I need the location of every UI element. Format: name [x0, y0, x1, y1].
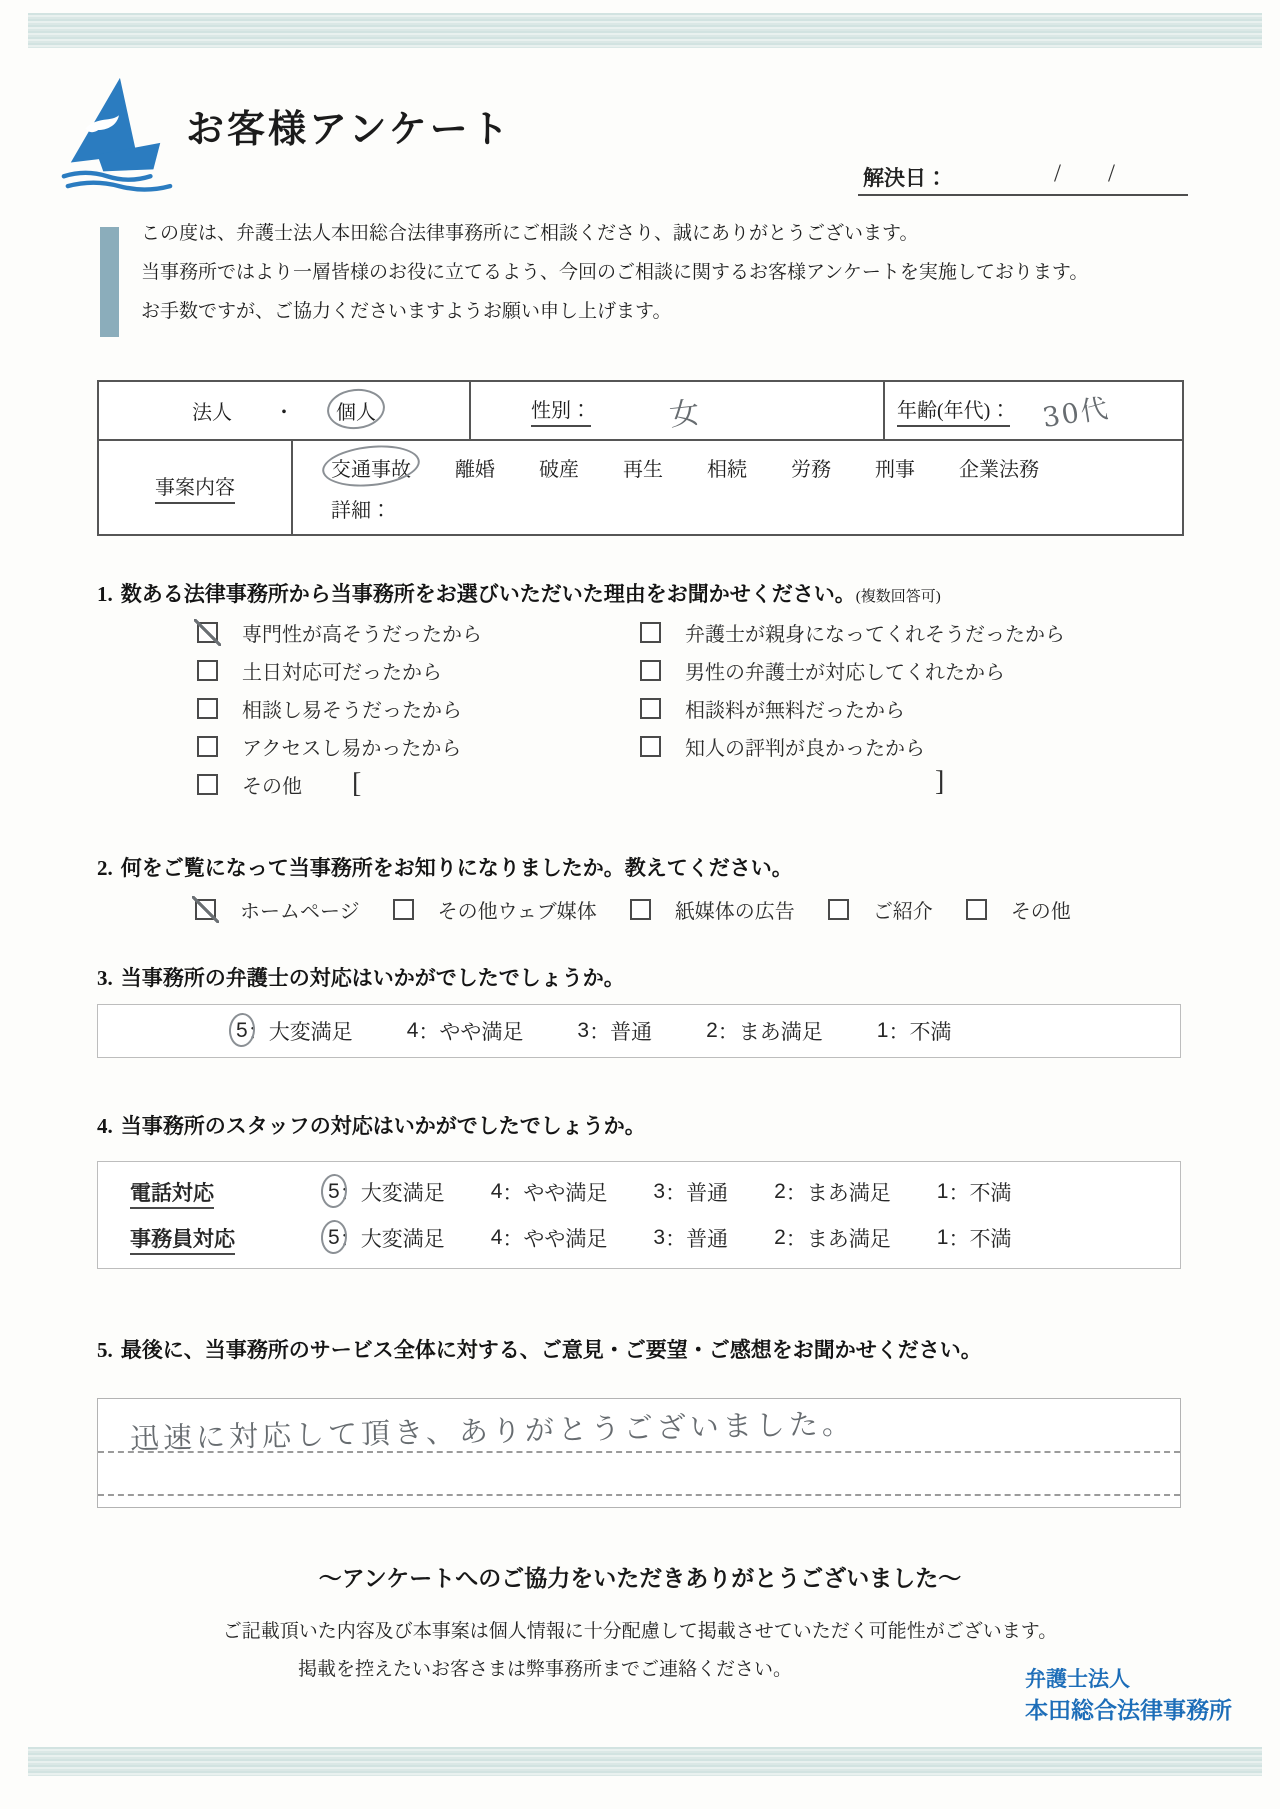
scale-label: やや満足 [523, 1223, 607, 1253]
scale-item: 3：普通 [577, 1016, 652, 1046]
scale-colon: ： [786, 1223, 807, 1253]
profile-table: 法人 ・ 個人 性別： 女 年齢(年代)： 30代 事案内容 交通事故 離婚 [97, 380, 1184, 536]
option-item: アクセスし易かったから [197, 732, 640, 761]
case-option[interactable]: 企業法務 [959, 453, 1039, 482]
scale-label: 大変満足 [361, 1177, 445, 1207]
question-2-options: ホームページ その他ウェブ媒体 紙媒体の広告 ご紹介 その他 [195, 894, 1181, 924]
question-number: 5. [97, 1338, 113, 1362]
scale-label: 不満 [969, 1177, 1011, 1207]
scale-label: 普通 [686, 1177, 728, 1207]
scale-colon: ： [502, 1223, 523, 1253]
option-label: 土日対応可だったから [242, 656, 442, 685]
writing-guideline [98, 1494, 1180, 1496]
option-label: アクセスし易かったから [242, 732, 461, 761]
option-row-other: その他 [ ] [197, 765, 1181, 803]
row-label-wrap: 事務員対応 [130, 1223, 282, 1253]
checkbox[interactable] [197, 622, 218, 643]
checkbox[interactable] [640, 698, 661, 719]
footer-thanks: ～アンケートへのご協力をいただきありがとうございました～ [0, 1560, 1280, 1593]
option-label: その他ウェブ媒体 [438, 895, 597, 924]
scale-colon: ： [718, 1016, 739, 1046]
writing-guideline [98, 1451, 1180, 1453]
row-label-wrap: 電話対応 [130, 1177, 282, 1207]
footer-note-2: 掲載を控えたいお客さまは弊事務所までご連絡ください。 [0, 1654, 1090, 1681]
scale-label: 普通 [686, 1223, 728, 1253]
question-1: 1.数ある法律事務所から当事務所をお選びいただいた理由をお聞かせください。(複数… [97, 578, 1181, 803]
intro-paragraph: この度は、弁護士法人本田総合法律事務所にご相談くださり、誠にありがとうございます… [141, 214, 1101, 331]
scale-value[interactable]: 1 [877, 1019, 889, 1043]
scale-colon: ： [502, 1177, 523, 1207]
gender-cell: 性別： 女 [471, 382, 885, 439]
option-item: ホームページ [195, 895, 360, 924]
case-option[interactable]: 再生 [623, 453, 663, 482]
scale-label: まあ満足 [807, 1177, 891, 1207]
checkbox[interactable] [197, 774, 218, 795]
scale-value[interactable]: 1 [937, 1180, 949, 1204]
scale-value[interactable]: 5 [328, 1180, 340, 1204]
option-label: ご紹介 [873, 895, 933, 924]
date-slash: / [1054, 160, 1061, 188]
intro-line-3: お手数ですが、ご協力くださいますようお願い申し上げます。 [141, 292, 1101, 331]
question-3: 3.当事務所の弁護士の対応はいかがでしたでしょうか。 5：大変満足 4：やや満足… [97, 962, 1181, 1058]
scale-item: 2：まあ満足 [706, 1016, 823, 1046]
gender-label: 性別： [531, 394, 591, 427]
entity-option-corporate[interactable]: 法人 [192, 396, 232, 425]
scale-colon: ： [948, 1177, 969, 1207]
option-item: その他 [ [197, 768, 361, 800]
scale-label: やや満足 [439, 1016, 523, 1046]
handwritten-comment: 迅速に対応して頂き、ありがとうございました。 [130, 1401, 856, 1457]
scale-colon: ： [948, 1223, 969, 1253]
case-option[interactable]: 交通事故 [331, 453, 411, 482]
scale-item: 5：大変満足 [236, 1016, 353, 1046]
case-detail-label: 詳細： [331, 500, 391, 522]
survey-scan-page: お客様アンケート 解決日： / / この度は、弁護士法人本田総合法律事務所にご相… [0, 0, 1280, 1809]
question-4: 4.当事務所のスタッフの対応はいかがでしたでしょうか。 電話対応 5：大変満足 … [97, 1110, 1181, 1269]
checkbox[interactable] [393, 899, 414, 920]
scale-colon: ： [418, 1016, 439, 1046]
checkbox[interactable] [197, 736, 218, 757]
scale-item: 1：不満 [937, 1177, 1012, 1207]
scale-label: 大変満足 [269, 1016, 353, 1046]
checkbox[interactable] [195, 899, 216, 920]
question-number: 3. [97, 966, 113, 990]
firm-name: 弁護士法人 本田総合法律事務所 [1025, 1664, 1232, 1726]
scale-item: 3：普通 [653, 1223, 728, 1253]
question-4-scale-box: 電話対応 5：大変満足 4：やや満足 3：普通 2：まあ満足 1：不満 事務員対… [97, 1161, 1181, 1269]
option-item: 弁護士が親身になってくれそうだったから [640, 618, 1065, 647]
profile-row-top: 法人 ・ 個人 性別： 女 年齢(年代)： 30代 [99, 382, 1182, 441]
checkbox[interactable] [828, 899, 849, 920]
case-label-cell: 事案内容 [99, 441, 293, 534]
option-item: その他ウェブ媒体 [393, 895, 597, 924]
question-5: 5.最後に、当事務所のサービス全体に対する、ご意見・ご要望・ご感想をお聞かせくだ… [97, 1334, 1181, 1508]
option-label: ホームページ [240, 895, 360, 924]
checkbox[interactable] [630, 899, 651, 920]
case-label: 事案内容 [155, 471, 235, 504]
case-option[interactable]: 離婚 [455, 453, 495, 482]
option-item: その他 [966, 895, 1071, 924]
scale-value[interactable]: 3 [577, 1019, 589, 1043]
scale-value[interactable]: 2 [774, 1180, 786, 1204]
option-label: その他 [242, 770, 302, 799]
scale-value[interactable]: 2 [774, 1226, 786, 1250]
option-item: 紙媒体の広告 [630, 895, 795, 924]
question-5-title: 5.最後に、当事務所のサービス全体に対する、ご意見・ご要望・ご感想をお聞かせくだ… [97, 1334, 1181, 1364]
decorative-band-top [28, 13, 1262, 48]
scale-label: 不満 [969, 1223, 1011, 1253]
option-label: その他 [1011, 895, 1071, 924]
question-number: 1. [97, 582, 113, 606]
age-handwritten-value: 30代 [1040, 386, 1113, 435]
sailboat-logo-icon [58, 74, 176, 192]
scale-value[interactable]: 5 [328, 1226, 340, 1250]
bracket-close: ] [935, 766, 944, 798]
scale-row-phone: 電話対応 5：大変満足 4：やや満足 3：普通 2：まあ満足 1：不満 [130, 1177, 1180, 1207]
question-number: 4. [97, 1114, 113, 1138]
option-item: ご紹介 [828, 895, 933, 924]
option-label: 専門性が高そうだったから [242, 618, 482, 647]
option-label: 男性の弁護士が対応してくれたから [685, 656, 1005, 685]
option-label: 弁護士が親身になってくれそうだったから [685, 618, 1065, 647]
date-slash: / [1108, 160, 1115, 188]
scale-value[interactable]: 1 [937, 1226, 949, 1250]
scale-item: 4：やや満足 [491, 1223, 608, 1253]
option-row: 相談し易そうだったから 相談料が無料だったから [197, 689, 1181, 727]
case-option[interactable]: 相続 [707, 453, 747, 482]
entity-cell: 法人 ・ 個人 [99, 382, 471, 439]
case-option[interactable]: 破産 [539, 453, 579, 482]
row-label: 事務員対応 [130, 1227, 235, 1255]
decorative-band-bottom [28, 1747, 1262, 1776]
intro-line-1: この度は、弁護士法人本田総合法律事務所にご相談くださり、誠にありがとうございます… [141, 214, 1101, 253]
scale-value[interactable]: 4 [491, 1180, 503, 1204]
option-item: 相談料が無料だったから [640, 694, 905, 723]
scale-item: 1：不満 [877, 1016, 952, 1046]
scale-value[interactable]: 3 [653, 1180, 665, 1204]
scale-colon: ： [786, 1177, 807, 1207]
case-detail: 詳細： [331, 494, 1182, 523]
scale-colon: ： [888, 1016, 909, 1046]
checkbox[interactable] [966, 899, 987, 920]
option-row: 土日対応可だったから 男性の弁護士が対応してくれたから [197, 651, 1181, 689]
firm-name-line-2: 本田総合法律事務所 [1025, 1695, 1232, 1726]
question-4-title: 4.当事務所のスタッフの対応はいかがでしたでしょうか。 [97, 1110, 1181, 1140]
case-option[interactable]: 刑事 [875, 453, 915, 482]
scale-item: 2：まあ満足 [774, 1223, 891, 1253]
scale-value[interactable]: 4 [407, 1019, 419, 1043]
question-1-options: 専門性が高そうだったから 弁護士が親身になってくれそうだったから 土日対応可だっ… [197, 613, 1181, 803]
profile-row-case: 事案内容 交通事故 離婚 破産 再生 相続 労務 刑事 企業法務 詳細： [99, 441, 1182, 534]
scale-colon: ： [665, 1223, 686, 1253]
case-options-row: 交通事故 離婚 破産 再生 相続 労務 刑事 企業法務 [331, 453, 1182, 482]
checkbox[interactable] [197, 660, 218, 681]
accent-bar [100, 227, 119, 337]
scale-item: 4：やや満足 [407, 1016, 524, 1046]
scale-label: やや満足 [523, 1177, 607, 1207]
scale-row-clerk: 事務員対応 5：大変満足 4：やや満足 3：普通 2：まあ満足 1：不満 [130, 1223, 1180, 1253]
scale-item: 4：やや満足 [491, 1177, 608, 1207]
entity-option-individual[interactable]: 個人 [336, 396, 376, 425]
scale-label: 不満 [909, 1016, 951, 1046]
question-3-title: 3.当事務所の弁護士の対応はいかがでしたでしょうか。 [97, 962, 1181, 992]
case-option[interactable]: 労務 [791, 453, 831, 482]
scale-value[interactable]: 4 [491, 1226, 503, 1250]
checkbox[interactable] [640, 736, 661, 757]
option-item: 専門性が高そうだったから [197, 618, 640, 647]
firm-name-line-1: 弁護士法人 [1025, 1664, 1232, 1695]
row-label: 電話対応 [130, 1181, 214, 1209]
scale-colon: ： [665, 1177, 686, 1207]
entity-separator-dot: ・ [274, 396, 294, 425]
question-1-title: 1.数ある法律事務所から当事務所をお選びいただいた理由をお聞かせください。(複数… [97, 578, 1181, 608]
question-3-scale: 5：大変満足 4：やや満足 3：普通 2：まあ満足 1：不満 [97, 1004, 1181, 1058]
bracket-open: [ [352, 768, 361, 800]
case-options-cell: 交通事故 離婚 破産 再生 相続 労務 刑事 企業法務 詳細： [293, 441, 1182, 534]
scale-item: 5：大変満足 [328, 1177, 445, 1207]
option-item: 土日対応可だったから [197, 656, 640, 685]
option-label: 知人の評判が良かったから [685, 732, 925, 761]
scale-item: 2：まあ満足 [774, 1177, 891, 1207]
resolution-date-label: 解決日： [863, 162, 947, 192]
checkbox[interactable] [197, 698, 218, 719]
option-item: 相談し易そうだったから [197, 694, 640, 723]
scale-label: 普通 [610, 1016, 652, 1046]
question-number: 2. [97, 856, 113, 880]
page-title: お客様アンケート [186, 98, 512, 153]
intro-line-2: 当事務所ではより一層皆様のお役に立てるよう、今回のご相談に関するお客様アンケート… [141, 253, 1101, 292]
resolution-date-field[interactable]: 解決日： / / [858, 156, 1188, 196]
checkbox[interactable] [640, 660, 661, 681]
scale-item: 1：不満 [937, 1223, 1012, 1253]
footer-note-1: ご記載頂いた内容及び本事案は個人情報に十分配慮して掲載させていただく可能性がござ… [0, 1616, 1280, 1643]
age-label: 年齢(年代)： [897, 394, 1010, 427]
scale-value[interactable]: 3 [653, 1226, 665, 1250]
question-2-title: 2.何をご覧になって当事務所をお知りになりましたか。教えてください。 [97, 852, 1181, 882]
option-row: 専門性が高そうだったから 弁護士が親身になってくれそうだったから [197, 613, 1181, 651]
scale-value[interactable]: 5 [236, 1019, 248, 1043]
option-row: アクセスし易かったから 知人の評判が良かったから [197, 727, 1181, 765]
scale-item: 5：大変満足 [328, 1223, 445, 1253]
scale-item: 3：普通 [653, 1177, 728, 1207]
scale-colon: ： [589, 1016, 610, 1046]
scale-value[interactable]: 2 [706, 1019, 718, 1043]
scale-label: まあ満足 [807, 1223, 891, 1253]
age-cell: 年齢(年代)： 30代 [885, 382, 1182, 439]
scale-label: 大変満足 [361, 1223, 445, 1253]
option-label: 紙媒体の広告 [675, 895, 795, 924]
option-item: 男性の弁護士が対応してくれたから [640, 656, 1005, 685]
gender-handwritten-value: 女 [667, 387, 701, 434]
comment-area[interactable]: 迅速に対応して頂き、ありがとうございました。 [97, 1398, 1181, 1508]
scale-label: まあ満足 [739, 1016, 823, 1046]
option-label: 相談料が無料だったから [685, 694, 905, 723]
question-2: 2.何をご覧になって当事務所をお知りになりましたか。教えてください。 ホームペー… [97, 852, 1181, 924]
checkbox[interactable] [640, 622, 661, 643]
option-label: 相談し易そうだったから [242, 694, 462, 723]
option-item: 知人の評判が良かったから [640, 732, 925, 761]
question-1-note: (複数回答可) [856, 589, 941, 605]
